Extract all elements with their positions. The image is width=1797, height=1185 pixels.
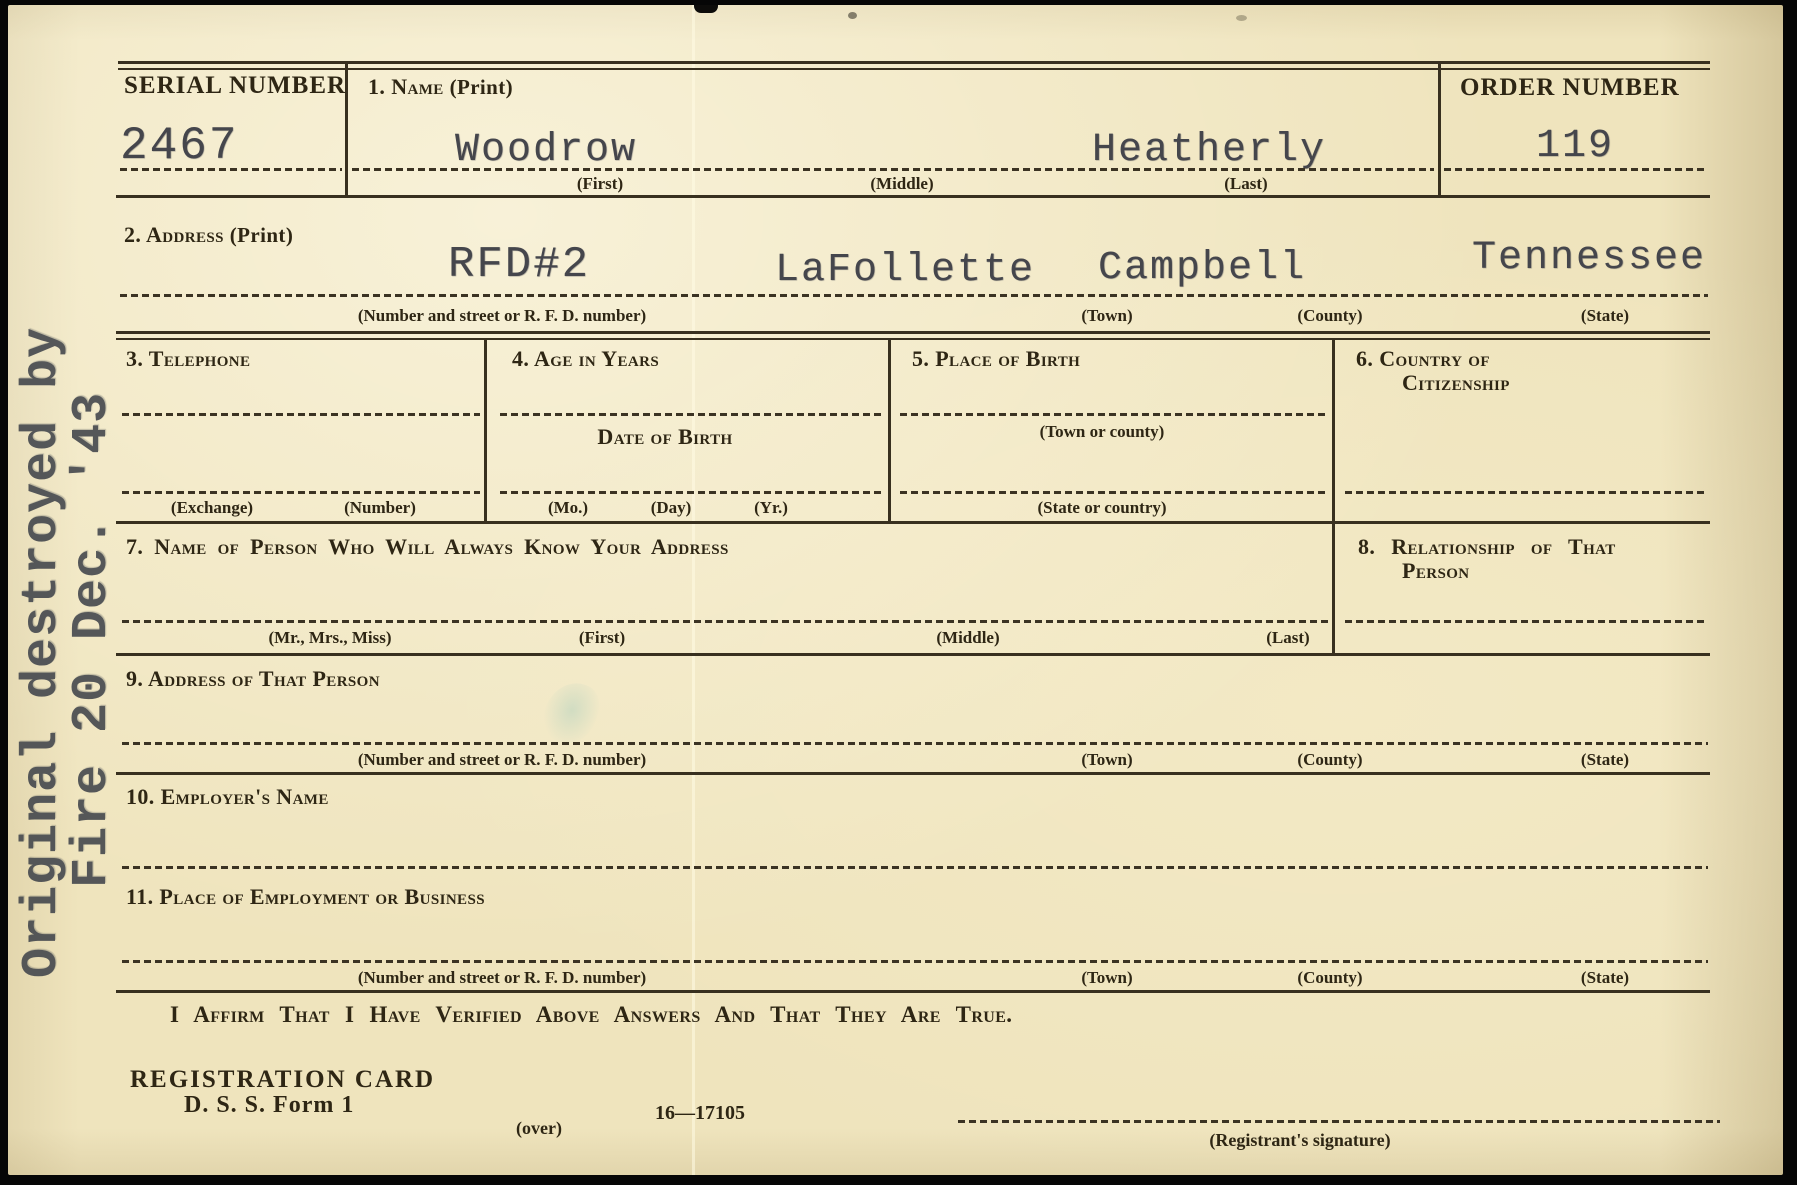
row-rule: [116, 772, 1710, 775]
order-blank-line: [1444, 168, 1706, 171]
employment-label: 11. Place of Employment or Business: [126, 884, 485, 910]
address-state-value: Tennessee: [1472, 236, 1706, 281]
relationship-label-line2: Person: [1402, 558, 1470, 584]
dob-blank-line: [500, 491, 884, 494]
divider-age-birth: [888, 338, 891, 524]
address-street-value: RFD#2: [448, 240, 590, 290]
signature-hint: (Registrant's signature): [1209, 1130, 1390, 1151]
acquaintance-address-label: 9. Address of That Person: [126, 666, 380, 692]
paper-crease: [692, 5, 695, 1175]
first-hint: (First): [577, 174, 623, 194]
address-street-hint: (Number and street or R. F. D. number): [358, 306, 646, 326]
signature-blank-line: [958, 1120, 1720, 1123]
employer-blank-line: [122, 866, 1708, 869]
section-rule: [116, 331, 1710, 340]
paper-speck: [1236, 15, 1247, 21]
row-rule: [116, 653, 1710, 656]
address-field-label-sc: 2. Address: [124, 222, 224, 247]
address-town-hint: (Town): [1081, 306, 1132, 326]
age-blank-line: [500, 413, 884, 416]
employment-blank-line: [122, 960, 1708, 963]
first-name-value: Woodrow: [455, 128, 637, 173]
employment-town-hint: (Town): [1081, 968, 1132, 988]
serial-blank-line: [120, 168, 342, 171]
year-hint: (Yr.): [754, 498, 788, 518]
paper-speck: [848, 12, 857, 19]
citizenship-blank-line: [1345, 491, 1707, 494]
exchange-hint: (Exchange): [171, 498, 253, 518]
acq-address-state-hint: (State): [1581, 750, 1629, 770]
dob-label: Date of Birth: [597, 424, 732, 450]
archival-stamp-line1: Original destroyed by: [14, 327, 71, 978]
acquaintance-address-blank-line: [122, 742, 1708, 745]
middle-hint: (Middle): [870, 174, 933, 194]
birth-town-blank-line: [900, 413, 1328, 416]
acq-address-county-hint: (County): [1297, 750, 1362, 770]
acq-address-street-hint: (Number and street or R. F. D. number): [358, 750, 646, 770]
order-number-value: 119: [1536, 124, 1614, 169]
order-number-label: ORDER NUMBER: [1460, 74, 1680, 102]
telephone-label: 3. Telephone: [126, 346, 250, 372]
day-hint: (Day): [651, 498, 692, 518]
number-hint: (Number): [344, 498, 416, 518]
acquaintance-first-hint: (First): [579, 628, 625, 648]
birthplace-label: 5. Place of Birth: [912, 346, 1080, 372]
divider-birth-citizenship: [1332, 338, 1335, 656]
acquaintance-last-hint: (Last): [1266, 628, 1309, 648]
acq-address-town-hint: (Town): [1081, 750, 1132, 770]
address-state-hint: (State): [1581, 306, 1629, 326]
acquaintance-middle-hint: (Middle): [936, 628, 999, 648]
acquaintance-blank-line: [122, 620, 1328, 623]
address-town-value: LaFollette: [775, 248, 1035, 293]
archival-stamp-line2: Fire 20 Dec. '43: [64, 392, 121, 888]
birth-state-blank-line: [900, 491, 1328, 494]
card-title: REGISTRATION CARD: [130, 1066, 435, 1094]
acquaintance-title-hint: (Mr., Mrs., Miss): [268, 628, 391, 648]
address-blank-line: [120, 294, 1708, 297]
name-field-label: 1. Name (Print): [368, 74, 513, 100]
address-field-label: 2. Address (Print): [124, 222, 293, 248]
telephone-blank-line2: [122, 491, 480, 494]
employer-label: 10. Employer's Name: [126, 784, 329, 810]
employment-state-hint: (State): [1581, 968, 1629, 988]
print-code: 16—17105: [655, 1102, 745, 1125]
address-county-hint: (County): [1297, 306, 1362, 326]
last-hint: (Last): [1224, 174, 1267, 194]
birth-town-hint: (Town or county): [1040, 422, 1165, 442]
name-field-label-print: (Print): [450, 75, 513, 99]
employment-street-hint: (Number and street or R. F. D. number): [358, 968, 646, 988]
serial-number-label: SERIAL NUMBER: [124, 72, 346, 100]
relationship-blank-line: [1345, 620, 1707, 623]
address-county-value: Campbell: [1098, 246, 1306, 291]
row-rule: [116, 990, 1710, 993]
employment-county-hint: (County): [1297, 968, 1362, 988]
divider-name-order: [1438, 64, 1441, 198]
name-field-label-sc: 1. Name: [368, 74, 444, 99]
acquaintance-label: 7. Name of Person Who Will Always Know Y…: [126, 534, 729, 560]
name-blank-line: [352, 168, 1434, 171]
age-label: 4. Age in Years: [512, 346, 659, 372]
address-field-label-print: (Print): [230, 223, 293, 247]
birth-state-hint: (State or country): [1037, 498, 1166, 518]
top-rule: [118, 61, 1710, 70]
citizenship-label-line2: Citizenship: [1402, 370, 1510, 396]
last-name-value: Heatherly: [1092, 128, 1326, 173]
telephone-blank-line: [122, 413, 480, 416]
registration-card-scan: Original destroyed by Fire 20 Dec. '43 S…: [0, 0, 1797, 1185]
row-rule: [116, 521, 1710, 524]
divider-tel-age: [484, 338, 487, 524]
top-edge-mark: [694, 5, 718, 13]
month-hint: (Mo.): [548, 498, 588, 518]
form-id: D. S. S. Form 1: [184, 1092, 354, 1119]
serial-number-value: 2467: [120, 120, 238, 172]
citizenship-label-line1: 6. Country of: [1356, 346, 1490, 372]
relationship-label-line1: 8. Relationship of That: [1358, 534, 1616, 560]
row-rule: [116, 195, 1710, 198]
over-note: (over): [516, 1118, 562, 1139]
affirmation-text: I Affirm That I Have Verified Above Answ…: [170, 1002, 1012, 1028]
